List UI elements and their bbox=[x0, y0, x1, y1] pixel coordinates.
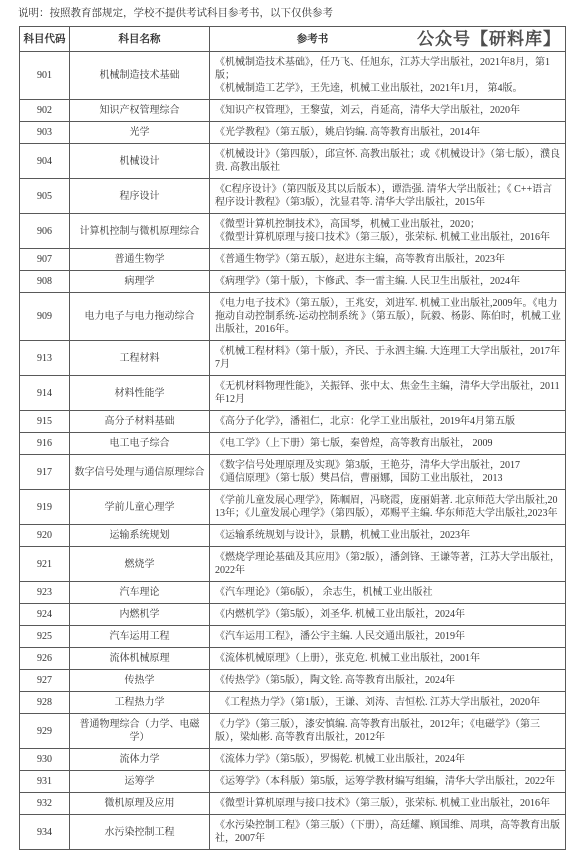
cell-books: 《机械设计》（第四版），邱宣怀. 高教出版社；或《机械设计》（第七版），濮良贵.… bbox=[210, 144, 566, 179]
cell-code: 925 bbox=[20, 626, 70, 648]
cell-name: 普通生物学 bbox=[70, 249, 210, 271]
cell-code: 908 bbox=[20, 271, 70, 293]
cell-name: 燃烧学 bbox=[70, 547, 210, 582]
cell-name: 汽车理论 bbox=[70, 582, 210, 604]
cell-books: 《学前儿童发展心理学》，陈帼眉，冯晓霞，庞丽娟著. 北京师范大学出版社,2013… bbox=[210, 490, 566, 525]
document-page: 说明：按照教育部规定，学校不提供考试科目参考书，以下仅供参考 科目代码 科目名称… bbox=[0, 0, 569, 850]
cell-name: 汽车运用工程 bbox=[70, 626, 210, 648]
cell-books: 《C程序设计》（第四版及其以后版本），谭浩强. 清华大学出版社；《 C++语言程… bbox=[210, 179, 566, 214]
cell-name: 机械设计 bbox=[70, 144, 210, 179]
header-subject-name: 科目名称 bbox=[70, 27, 210, 52]
cell-books: 《病理学》（第十版），卞修武、李一雷主编. 人民卫生出版社，2024年 bbox=[210, 271, 566, 293]
table-row: 934水污染控制工程《水污染控制工程》（第三版）（下册），高廷耀、顾国维、周琪，… bbox=[20, 815, 566, 850]
table-row: 932微机原理及应用《微型计算机原理与接口技术》（第三版），张荣标. 机械工业出… bbox=[20, 793, 566, 815]
cell-books: 《微型计算机控制技术》，高国琴，机械工业出版社，2020； 《微型计算机原理与接… bbox=[210, 214, 566, 249]
cell-name: 光学 bbox=[70, 122, 210, 144]
table-row: 902知识产权管理综合《知识产权管理》，王黎萤，刘云，肖延高，清华大学出版社，2… bbox=[20, 100, 566, 122]
cell-code: 904 bbox=[20, 144, 70, 179]
table-row: 909电力电子与电力拖动综合《电力电子技术》（第五版），王兆安，刘进军. 机械工… bbox=[20, 293, 566, 341]
cell-books: 《运筹学》（本科版）第5版，运筹学教材编写组编，清华大学出版社，2022年 bbox=[210, 771, 566, 793]
table-row: 901机械制造技术基础《机械制造技术基础》，任乃飞、任旭东，江苏大学出版社，20… bbox=[20, 52, 566, 100]
cell-code: 920 bbox=[20, 525, 70, 547]
cell-name: 计算机控制与微机原理综合 bbox=[70, 214, 210, 249]
cell-name: 运输系统规划 bbox=[70, 525, 210, 547]
cell-code: 902 bbox=[20, 100, 70, 122]
table-row: 920运输系统规划《运输系统规划与设计》，景鹏，机械工业出版社，2023年 bbox=[20, 525, 566, 547]
cell-name: 内燃机学 bbox=[70, 604, 210, 626]
cell-books: 《水污染控制工程》（第三版）（下册），高廷耀、顾国维、周琪，高等教育出版社，20… bbox=[210, 815, 566, 850]
cell-code: 916 bbox=[20, 433, 70, 455]
cell-code: 913 bbox=[20, 341, 70, 376]
cell-books: 《流体力学》（第5版），罗惕乾. 机械工业出版社，2024年 bbox=[210, 749, 566, 771]
cell-books: 《机械制造技术基础》，任乃飞、任旭东，江苏大学出版社，2021年8月，第1版； … bbox=[210, 52, 566, 100]
cell-code: 921 bbox=[20, 547, 70, 582]
cell-name: 水污染控制工程 bbox=[70, 815, 210, 850]
cell-name: 材料性能学 bbox=[70, 376, 210, 411]
table-row: 931运筹学《运筹学》（本科版）第5版，运筹学教材编写组编，清华大学出版社，20… bbox=[20, 771, 566, 793]
cell-name: 电力电子与电力拖动综合 bbox=[70, 293, 210, 341]
cell-code: 923 bbox=[20, 582, 70, 604]
cell-name: 工程材料 bbox=[70, 341, 210, 376]
cell-code: 906 bbox=[20, 214, 70, 249]
cell-name: 运筹学 bbox=[70, 771, 210, 793]
cell-books: 《数字信号处理原理及实现》第3版，王艳芬，清华大学出版社，2017 《通信原理》… bbox=[210, 455, 566, 490]
cell-name: 工程热力学 bbox=[70, 692, 210, 714]
instruction-note: 说明：按照教育部规定，学校不提供考试科目参考书，以下仅供参考 bbox=[18, 7, 565, 21]
cell-books: 《传热学》（第5版），陶文铨. 高等教育出版社，2024年 bbox=[210, 670, 566, 692]
table-row: 903光学《光学教程》（第五版），姚启钧编. 高等教育出版社，2014年 bbox=[20, 122, 566, 144]
cell-code: 926 bbox=[20, 648, 70, 670]
cell-code: 927 bbox=[20, 670, 70, 692]
cell-code: 928 bbox=[20, 692, 70, 714]
cell-code: 931 bbox=[20, 771, 70, 793]
table-row: 927传热学《传热学》（第5版），陶文铨. 高等教育出版社，2024年 bbox=[20, 670, 566, 692]
cell-books: 《知识产权管理》，王黎萤，刘云，肖延高，清华大学出版社，2020年 bbox=[210, 100, 566, 122]
cell-name: 机械制造技术基础 bbox=[70, 52, 210, 100]
cell-code: 924 bbox=[20, 604, 70, 626]
cell-books: 《电力电子技术》（第五版），王兆安，刘进军. 机械工业出版社,2009年。《电力… bbox=[210, 293, 566, 341]
cell-code: 907 bbox=[20, 249, 70, 271]
cell-name: 高分子材料基础 bbox=[70, 411, 210, 433]
cell-name: 普通物理综合（力学、电磁学） bbox=[70, 714, 210, 749]
table-row: 906计算机控制与微机原理综合《微型计算机控制技术》，高国琴，机械工业出版社，2… bbox=[20, 214, 566, 249]
table-row: 925汽车运用工程《汽车运用工程》，潘公宇主编. 人民交通出版社，2019年 bbox=[20, 626, 566, 648]
table-row: 924内燃机学《内燃机学》（第5版），刘圣华. 机械工业出版社，2024年 bbox=[20, 604, 566, 626]
table-header-row: 科目代码 科目名称 参考书 公众号【研料库】 bbox=[20, 27, 566, 52]
table-row: 915高分子材料基础《高分子化学》，潘祖仁，北京：化学工业出版社，2019年4月… bbox=[20, 411, 566, 433]
table-row: 914材料性能学《无机材料物理性能》，关振铎、张中太、焦金生主编，清华大学出版社… bbox=[20, 376, 566, 411]
cell-name: 流体力学 bbox=[70, 749, 210, 771]
table-row: 929普通物理综合（力学、电磁学）《力学》（第三版），漆安慎编. 高等教育出版社… bbox=[20, 714, 566, 749]
cell-name: 传热学 bbox=[70, 670, 210, 692]
cell-code: 905 bbox=[20, 179, 70, 214]
cell-code: 929 bbox=[20, 714, 70, 749]
table-row: 926流体机械原理《流体机械原理》（上册），张克危. 机械工业出版社，2001年 bbox=[20, 648, 566, 670]
cell-code: 909 bbox=[20, 293, 70, 341]
cell-books: 《微型计算机原理与接口技术》（第三版），张荣标. 机械工业出版社，2016年 bbox=[210, 793, 566, 815]
cell-books: 《电工学》（上下册）第七版，秦曾煌，高等教育出版社， 2009 bbox=[210, 433, 566, 455]
table-row: 905程序设计《C程序设计》（第四版及其以后版本），谭浩强. 清华大学出版社；《… bbox=[20, 179, 566, 214]
header-reference-books: 参考书 公众号【研料库】 bbox=[210, 27, 566, 52]
cell-code: 914 bbox=[20, 376, 70, 411]
cell-books: 《运输系统规划与设计》，景鹏，机械工业出版社，2023年 bbox=[210, 525, 566, 547]
cell-code: 901 bbox=[20, 52, 70, 100]
cell-name: 知识产权管理综合 bbox=[70, 100, 210, 122]
table-row: 921燃烧学《燃烧学理论基础及其应用》（第2版），潘剑锋、王谦等著，江苏大学出版… bbox=[20, 547, 566, 582]
table-row: 904机械设计《机械设计》（第四版），邱宣怀. 高教出版社；或《机械设计》（第七… bbox=[20, 144, 566, 179]
table-row: 930流体力学《流体力学》（第5版），罗惕乾. 机械工业出版社，2024年 bbox=[20, 749, 566, 771]
cell-books: 《普通生物学》（第五版），赵进东主编，高等教育出版社，2023年 bbox=[210, 249, 566, 271]
cell-books: 《流体机械原理》（上册），张克危. 机械工业出版社，2001年 bbox=[210, 648, 566, 670]
cell-name: 流体机械原理 bbox=[70, 648, 210, 670]
table-row: 913工程材料《机械工程材料》（第十版），齐民、于永泗主编. 大连理工大学出版社… bbox=[20, 341, 566, 376]
cell-code: 934 bbox=[20, 815, 70, 850]
cell-code: 930 bbox=[20, 749, 70, 771]
table-row: 919学前儿童心理学《学前儿童发展心理学》，陈帼眉，冯晓霞，庞丽娟著. 北京师范… bbox=[20, 490, 566, 525]
table-row: 907普通生物学《普通生物学》（第五版），赵进东主编，高等教育出版社，2023年 bbox=[20, 249, 566, 271]
cell-books: 《力学》（第三版），漆安慎编. 高等教育出版社，2012年；《电磁学》（第三版）… bbox=[210, 714, 566, 749]
table-row: 916电工电子综合《电工学》（上下册）第七版，秦曾煌，高等教育出版社， 2009 bbox=[20, 433, 566, 455]
cell-books: 《工程热力学》（第1版），王谦、刘涛、吉恒松. 江苏大学出版社，2020年 bbox=[210, 692, 566, 714]
watermark-text: 公众号【研料库】 bbox=[417, 33, 561, 46]
table-row: 917数字信号处理与通信原理综合《数字信号处理原理及实现》第3版，王艳芬，清华大… bbox=[20, 455, 566, 490]
subject-table-body: 901机械制造技术基础《机械制造技术基础》，任乃飞、任旭东，江苏大学出版社，20… bbox=[20, 52, 566, 850]
cell-books: 《汽车理论》（第6版）， 余志生，机械工业出版社 bbox=[210, 582, 566, 604]
cell-name: 电工电子综合 bbox=[70, 433, 210, 455]
cell-books: 《无机材料物理性能》，关振铎、张中太、焦金生主编，清华大学出版社，2011年12… bbox=[210, 376, 566, 411]
cell-code: 915 bbox=[20, 411, 70, 433]
table-row: 908病理学《病理学》（第十版），卞修武、李一雷主编. 人民卫生出版社，2024… bbox=[20, 271, 566, 293]
cell-books: 《机械工程材料》（第十版），齐民、于永泗主编. 大连理工大学出版社，2017年7… bbox=[210, 341, 566, 376]
reference-books-table: 科目代码 科目名称 参考书 公众号【研料库】 901机械制造技术基础《机械制造技… bbox=[19, 26, 566, 850]
header-subject-code: 科目代码 bbox=[20, 27, 70, 52]
header-reference-books-label: 参考书 bbox=[297, 34, 329, 45]
cell-name: 病理学 bbox=[70, 271, 210, 293]
cell-name: 数字信号处理与通信原理综合 bbox=[70, 455, 210, 490]
cell-code: 919 bbox=[20, 490, 70, 525]
cell-name: 学前儿童心理学 bbox=[70, 490, 210, 525]
cell-code: 917 bbox=[20, 455, 70, 490]
cell-books: 《光学教程》（第五版），姚启钧编. 高等教育出版社，2014年 bbox=[210, 122, 566, 144]
cell-code: 903 bbox=[20, 122, 70, 144]
cell-books: 《内燃机学》（第5版），刘圣华. 机械工业出版社，2024年 bbox=[210, 604, 566, 626]
table-row: 923汽车理论《汽车理论》（第6版）， 余志生，机械工业出版社 bbox=[20, 582, 566, 604]
cell-books: 《燃烧学理论基础及其应用》（第2版），潘剑锋、王谦等著，江苏大学出版社，2022… bbox=[210, 547, 566, 582]
cell-name: 程序设计 bbox=[70, 179, 210, 214]
cell-name: 微机原理及应用 bbox=[70, 793, 210, 815]
cell-books: 《高分子化学》，潘祖仁，北京：化学工业出版社，2019年4月第五版 bbox=[210, 411, 566, 433]
cell-books: 《汽车运用工程》，潘公宇主编. 人民交通出版社，2019年 bbox=[210, 626, 566, 648]
cell-code: 932 bbox=[20, 793, 70, 815]
table-row: 928工程热力学 《工程热力学》（第1版），王谦、刘涛、吉恒松. 江苏大学出版社… bbox=[20, 692, 566, 714]
